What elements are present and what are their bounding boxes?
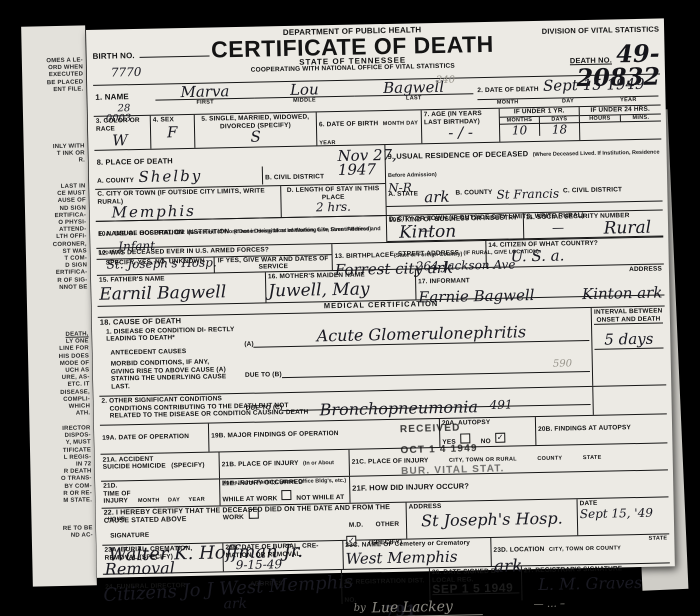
sex-value: F — [167, 123, 178, 141]
cause-of-death-block: 18. CAUSE OF DEATH 1. DISEASE OR CONDITI… — [98, 305, 666, 395]
place-of-death-col: 8. PLACE OF DEATH A. COUNTY Shelby B. CI… — [94, 145, 385, 221]
place-residence-block: 8. PLACE OF DEATH A. COUNTY Shelby B. CI… — [94, 138, 662, 220]
dob-label: 6. DATE OF BIRTH — [319, 120, 378, 128]
operation-findings-label: 19B. MAJOR FINDINGS OF OPERATION — [211, 430, 339, 440]
date-signed-stamp: SEP 1 5 1949 — [432, 582, 519, 595]
business-value: — — [419, 222, 521, 236]
informant-label: 17. INFORMANT — [418, 277, 470, 285]
division-line: DIVISION OF VITAL STATISTICS — [509, 25, 659, 36]
last-label: LAST — [354, 94, 473, 102]
burial-location-label: 23D. LOCATION — [493, 546, 544, 554]
certify-date-cell: DATE Sept 15, '49 — [577, 497, 670, 535]
place-injury-b-label: 21B. PLACE OF INJURY — [222, 460, 299, 469]
margin-note: DEATH,LY ONE LINE FOR HIS DOES MODE OF U… — [58, 331, 90, 418]
dob-cell: 6. DATE OF BIRTH MONTH DAY YEAR Nov 27, … — [316, 110, 422, 145]
res-state-label: A. STATE — [388, 190, 418, 205]
citizen-cell: 14. CITIZEN OF WHAT COUNTRY? U. S. a. — [485, 237, 663, 267]
sex-cell: 4. SEX F — [150, 115, 195, 149]
mother-cell: 16. MOTHER'S MAIDEN NAME Juwell, May — [265, 269, 416, 302]
business-cell: 10B. KIND OF BUSINESS OR INDUSTRY — — [386, 213, 523, 242]
while-at-work-label: WHILE AT WORK — [222, 495, 277, 503]
clerk-by-label: by — [354, 604, 366, 614]
margin-note: OMES A LE- ORD WHEN EXECUTED BE PLACED E… — [46, 57, 83, 94]
burial-location-cell: 23D. LOCATION CITY, TOWN OR COUNTY STATE… — [490, 534, 670, 566]
clerk-signature: Lue Lackey — [372, 598, 484, 616]
margin-note: IRECTOR DISPOS- Y, MUST TIFICATE L REGIS… — [60, 425, 92, 505]
res-county-label: B. COUNTY — [455, 189, 492, 204]
informant-cell: 17. INFORMANT ADDRESS Earnie Bagwell Kin… — [415, 264, 665, 299]
registrar-value: L. M. Graves — [538, 572, 668, 594]
birthplace-label: 13. BIRTHPLACE — [335, 252, 390, 260]
margin-note: LAST IN CE MUST AUSE OF ND SIGN ERTIFICA… — [52, 183, 88, 292]
color-race-value: W — [112, 131, 128, 149]
res-state-value: ark — [424, 190, 449, 205]
ssn-cell: 11. SOCIAL SECURITY NUMBER — — [523, 210, 663, 239]
received-stamp: RECEIVED OCT 1 4 1949 BUR. VITAL STAT. — [400, 416, 505, 482]
certify-signature-label: SIGNATURE — [110, 532, 149, 540]
burial-state-label: STATE — [649, 535, 668, 541]
color-race-cell: 3. COLOR OR RACE W — [94, 116, 151, 150]
time-day-label: DAY — [168, 497, 180, 503]
informant-value: Earnie Bagwell — [418, 286, 534, 306]
cause-of-death-label: 18. CAUSE OF DEATH — [100, 316, 240, 326]
how-injury-label: 21F. HOW DID INJURY OCCUR? — [352, 481, 469, 492]
residence-label: 9. USUAL RESIDENCE OF DECEASED — [388, 149, 529, 161]
interval-value: 5 days — [594, 329, 663, 349]
months-value: 10 — [500, 123, 539, 136]
microfilm-frame: 100 OMES A LE- ORD WHEN EXECUTED BE PLAC… — [0, 0, 700, 616]
injury-occurred-cell: 21E. INJURY OCCURRED WHILE AT WORK NOT W… — [219, 477, 349, 506]
county-label: A. COUNTY — [97, 177, 134, 185]
certify-date-value: Sept 15, '49 — [580, 506, 667, 520]
time-injury-cell: 21D. TIME OF INJURY MONTH DAY YEAR HOUR — [101, 479, 219, 507]
certifier-address-cell: ADDRESS St Joseph's Hosp. — [406, 499, 578, 538]
header-titles: DEPARTMENT OF PUBLIC HEALTH CERTIFICATE … — [182, 24, 523, 75]
county-value: Shelby — [138, 167, 202, 186]
armed-specify-label: SPECIFY, YES, NO, UNKNOWN — [97, 257, 215, 274]
cause-a-label: (A) — [244, 340, 254, 348]
hours-label: HOURS — [580, 115, 620, 123]
accident-cell: 21A. ACCIDENT SUICIDE HOMICIDE (SPECIFY) — [101, 452, 219, 480]
margin-note: RE TO BE ND AC- — [63, 525, 93, 540]
received-stamp-line3: BUR. VITAL STAT. — [401, 458, 505, 482]
certifier-address-value: St Joseph's Hosp. — [409, 508, 575, 530]
death-certificate: BIRTH NO. 7770 DEPARTMENT OF PUBLIC HEAL… — [86, 18, 675, 577]
interval-col: INTERVAL BETWEEN ONSET AND DEATH 5 days — [591, 306, 667, 385]
name-label: 1. NAME — [95, 92, 129, 102]
burial-location-cols: CITY, TOWN OR COUNTY — [549, 545, 621, 552]
received-stamp-line1: RECEIVED — [400, 416, 504, 440]
month-label: MONTH — [477, 99, 537, 106]
under-1yr-cell: IF UNDER 1 YR. MONTHS 10 DAYS 18 — [499, 107, 580, 142]
citizen-value: U. S. a. — [510, 246, 661, 263]
received-stamp-line2: OCT 1 4 1949 — [400, 437, 504, 461]
due-to-b-code: 590 — [553, 358, 572, 369]
left-margin-instructions: OMES A LE- ORD WHEN EXECUTED BE PLACED E… — [21, 25, 97, 586]
mins-label: MINS. — [621, 114, 661, 122]
place-of-death-label: 8. PLACE OF DEATH — [97, 156, 173, 167]
day-label: DAY — [538, 98, 598, 105]
margin-note: INLY WITH T INK OR R. — [53, 143, 85, 165]
burial-date-value: 9-15-49 — [236, 557, 341, 571]
marital-cell: 5. SINGLE, MARRIED, WIDOWED, DIVORCED (S… — [194, 112, 317, 147]
place-injury-c-state-label: STATE — [583, 455, 602, 461]
accident-specify-label: (SPECIFY) — [171, 462, 205, 470]
time-injury-label: 21D. TIME OF INJURY — [103, 482, 133, 505]
middle-label: MIDDLE — [255, 97, 354, 105]
burial-type-cell: 23A. BURIAL, CREMATION, REMOVAL (SPECIFY… — [102, 543, 223, 573]
marital-value: S — [197, 128, 314, 144]
date-of-death-label: 2. DATE OF DEATH — [477, 86, 539, 94]
occupation-label: 10A. USUAL OCCUPATION — [98, 229, 184, 238]
injury-occurred-label: 21E. INJURY OCCURRED — [222, 478, 347, 488]
time-year-label: YEAR — [188, 497, 205, 503]
cemetery-value: West Memphis — [345, 547, 488, 568]
other-interval-cell — [592, 385, 667, 414]
time-month-label: MONTH — [138, 498, 160, 504]
accident-label: 21A. ACCIDENT SUICIDE HOMICIDE — [103, 455, 167, 471]
disease-line-label: 1. DISEASE OR CONDITION DI- RECTLY LEADI… — [106, 325, 240, 343]
interval-label: INTERVAL BETWEEN ONSET AND DEATH — [594, 307, 663, 324]
occupation-note: (Give Kind of Work Done During Most of W… — [188, 226, 371, 236]
md-label: M.D. — [349, 522, 363, 529]
father-cell: 15. FATHER'S NAME Earnil Bagwell — [97, 272, 266, 305]
due-to-b-label: DUE TO (B) — [245, 371, 282, 379]
other-conditions-value: Bronchopneumonia — [319, 397, 478, 419]
age-cell: 7. AGE (IN YEARS LAST BIRTHDAY) - / - — [421, 109, 500, 144]
place-injury-c-county-label: COUNTY — [537, 456, 562, 463]
under-24hrs-cell: IF UNDER 24 HRS. HOURS MINS. — [579, 105, 662, 140]
res-county-value: St Francis — [496, 188, 559, 203]
name-label-cell: 1. NAME 28 0003 — [93, 85, 154, 116]
name-faint-code: 240 — [436, 76, 455, 86]
morbid-label: MORBID CONDITIONS, IF ANY, GIVING RISE T… — [111, 358, 232, 390]
margin-note-body: LY ONE LINE FOR HIS DOES MODE OF UCH AS … — [58, 339, 90, 419]
autopsy-findings-cell: 20B. FINDINGS AT AUTOPSY — [535, 414, 668, 445]
registrar-signature-cell: 27. REGISTRAR'S SIGNATURE L. M. Graves — [521, 563, 671, 600]
age-value: - / - — [424, 125, 497, 140]
informant-address-value: Kinton ark — [582, 283, 663, 303]
father-value: Earnil Bagwell — [99, 281, 263, 304]
cemetery-cell: 23C. NAME OF Cemetery or Crematory West … — [342, 538, 491, 569]
cause-label-col: 18. CAUSE OF DEATH 1. DISEASE OR CONDITI… — [98, 315, 244, 396]
clerk-trail-marks: — … – — [534, 600, 566, 611]
antecedent-label: ANTECEDENT CAUSES — [110, 346, 240, 356]
date-of-death-value: Sept 15 1949 — [543, 75, 645, 95]
days-value: 18 — [540, 123, 579, 136]
year-label: YEAR — [598, 97, 658, 104]
informant-address-label: ADDRESS — [629, 265, 662, 273]
funeral-director-cell: 24. FUNERAL DIRECTOR ADDRESS Citizens Jo… — [103, 570, 342, 609]
margin-note-heading: DEATH, — [65, 331, 88, 337]
date-of-death-cell: 2. DATE OF DEATH Sept 15 1949 MONTH DAY … — [475, 74, 661, 108]
armed-forces-cell: 12. WAS DECEASED EVER IN U.S. ARMED FORC… — [96, 244, 331, 275]
armed-war-label: IF YES, GIVE WAR AND DATES OF SERVICE — [215, 255, 332, 272]
cause-lines-col: (A) Acute Glomerulonephritis DUE TO (B) … — [242, 308, 592, 393]
res-civil-label: C. CIVIL DISTRICT — [563, 186, 622, 201]
while-at-work-checkbox — [282, 490, 292, 500]
operation-date-cell: 19A. DATE OF OPERATION — [100, 424, 209, 454]
birth-no-label: BIRTH NO. — [92, 51, 134, 61]
residence-col: 9. USUAL RESIDENCE OF DECEASED (Where De… — [384, 139, 662, 215]
first-label: FIRST — [155, 99, 254, 107]
length-of-stay-value: 2 hrs. — [283, 200, 384, 214]
place-injury-b-cell: 21B. PLACE OF INJURY (In or About Home, … — [219, 450, 349, 479]
ssn-value: — — [552, 219, 661, 233]
date-signed-cell: 26. DATE SIGNED BY LOCAL REG. SEP 1 5 19… — [429, 566, 522, 602]
operation-date-label: 19A. DATE OF OPERATION — [102, 433, 189, 442]
civil-district-label: B. CIVIL DISTRICT — [265, 173, 324, 181]
mother-value: Juwell, May — [268, 278, 413, 301]
birthplace-cell: 13. BIRTHPLACE (State or Foreign Country… — [331, 241, 485, 270]
cause-a-value: Acute Glomerulonephritis — [253, 321, 589, 348]
other-conditions-code: 491 — [489, 399, 512, 411]
burial-date-cell: 23B. DATE OF BURIAL, CRE- MATION, OR REM… — [222, 541, 343, 571]
other-label: OTHER — [376, 521, 400, 528]
autopsy-findings-label: 20B. FINDINGS AT AUTOPSY — [538, 424, 631, 433]
